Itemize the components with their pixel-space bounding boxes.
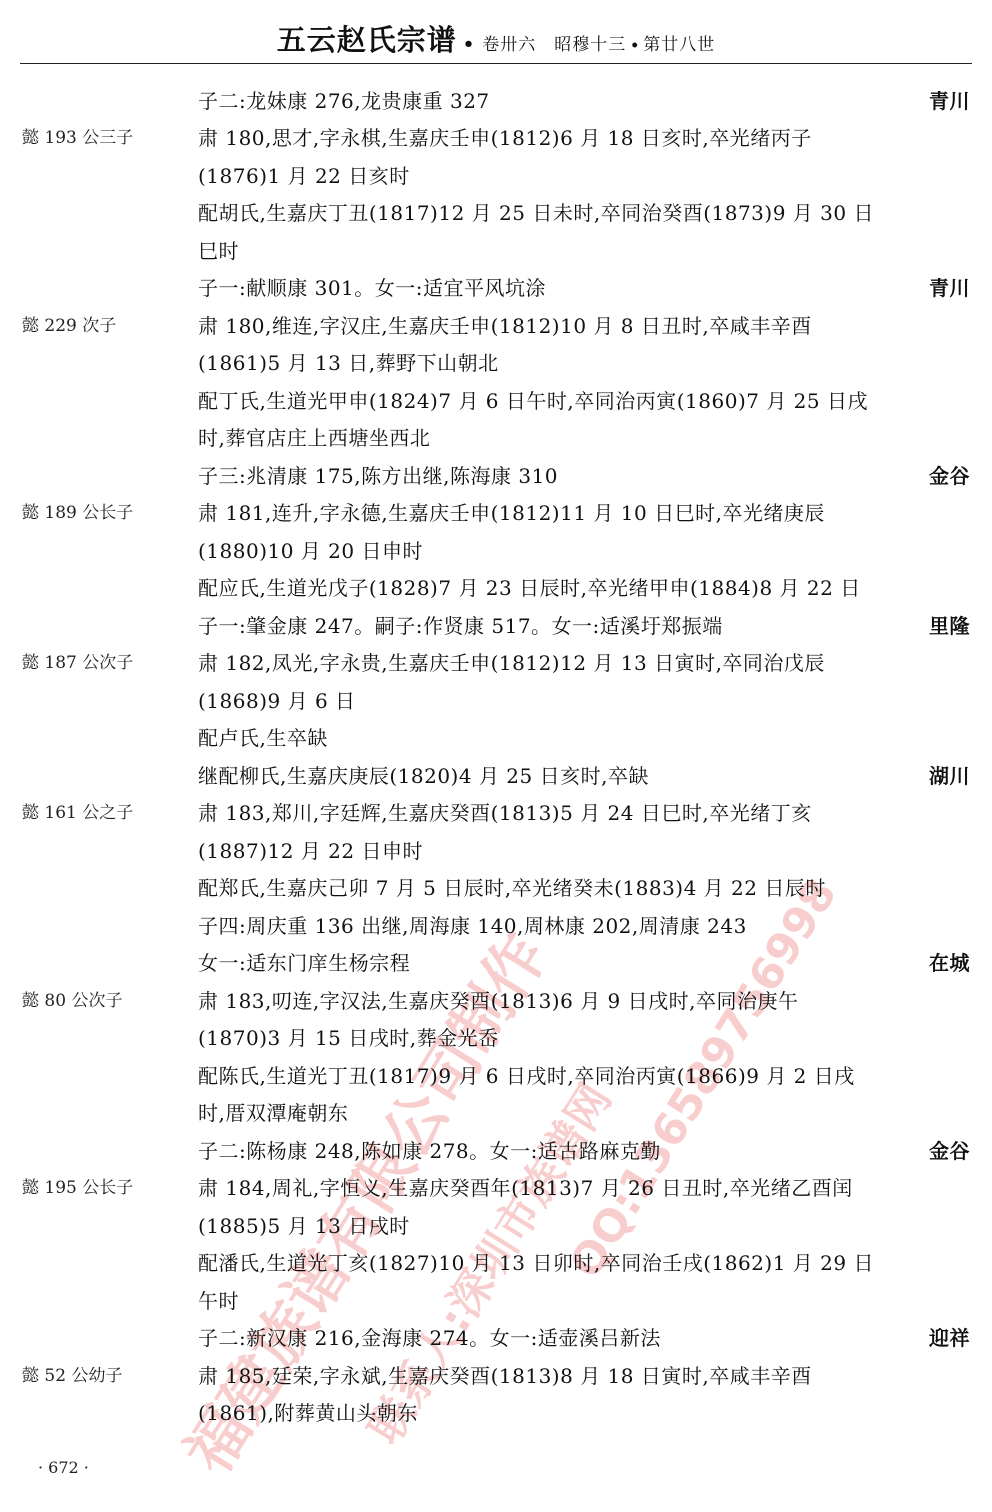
entry-text: 配潘氏,生道光丁亥(1827)10 月 13 日卯时,卒同治壬戌(1862)1 … [198,1251,874,1275]
entry-line: 配潘氏,生道光丁亥(1827)10 月 13 日卯时,卒同治壬戌(1862)1 … [198,1245,970,1282]
entry-line: 子四:周庆重 136 出继,周海康 140,周林康 202,周清康 243 [198,908,970,945]
entry-text: 子二:陈杨康 248,陈如康 278。女一:适古路麻克勤 [198,1139,661,1163]
entry-text: 肃 182,凤光,字永贵,生嘉庆壬申(1812)12 月 13 日寅时,卒同治戊… [198,651,825,675]
entry-text: 子一:肇金康 247。嗣子:作贤康 517。女一:适溪圩郑振端 [198,614,723,638]
entry-line: (1868)9 月 6 日 [198,683,970,720]
entry-line: 配应氏,生道光戊子(1828)7 月 23 日辰时,卒光绪甲申(1884)8 月… [198,570,970,607]
entry-line: (1870)3 月 15 日戌时,葬金光岙 [198,1020,970,1057]
lineage-label: 懿 195 公长子 [22,1170,133,1207]
entry-text: 子二:新汉康 216,金海康 274。女一:适壶溪吕新法 [198,1326,661,1350]
place-name: 青川 [929,270,970,307]
entry-text: 子四:周庆重 136 出继,周海康 140,周林康 202,周清康 243 [198,914,747,938]
entry-text: 配卢氏,生卒缺 [198,726,328,750]
entry-line: 继配柳氏,生嘉庆庚辰(1820)4 月 25 日亥时,卒缺湖川 [198,758,970,795]
entry-text: 配郑氏,生嘉庆己卯 7 月 5 日辰时,卒光绪癸未(1883)4 月 22 日辰… [198,876,826,900]
entry-line: (1861)5 月 13 日,葬野下山朝北 [198,345,970,382]
entry-text: 子二:龙妹康 276,龙贵康重 327 [198,89,490,113]
entry-line: (1887)12 月 22 日申时 [198,833,970,870]
branch-label: 昭穆十三 [554,35,626,55]
entry-text: 配丁氏,生道光甲申(1824)7 月 6 日午时,卒同治丙寅(1860)7 月 … [198,389,868,413]
place-name: 金谷 [929,458,970,495]
entry-line: (1880)10 月 20 日申时 [198,533,970,570]
lineage-label: 懿 193 公三子 [22,120,133,157]
entry-text: 肃 183,叨连,字汉法,生嘉庆癸酉(1813)6 月 9 日戌时,卒同治庚午 [198,989,799,1013]
entry-text: (1880)10 月 20 日申时 [198,539,423,563]
entry-line: 肃 181,连升,字永德,生嘉庆壬申(1812)11 月 10 日巳时,卒光绪庚… [198,495,970,532]
entry-text: 午时 [198,1289,239,1313]
separator-dot: • [463,34,475,55]
entry-line: 子二:陈杨康 248,陈如康 278。女一:适古路麻克勤金谷 [198,1133,970,1170]
entry-text: 继配柳氏,生嘉庆庚辰(1820)4 月 25 日亥时,卒缺 [198,764,649,788]
entry-line: 女一:适东门庠生杨宗程在城 [198,945,970,982]
lineage-label: 懿 187 公次子 [22,645,133,682]
entry-text: 肃 183,郑川,字廷辉,生嘉庆癸酉(1813)5 月 24 日巳时,卒光绪丁亥 [198,801,812,825]
entry-text: 肃 180,维连,字汉庄,生嘉庆壬申(1812)10 月 8 日丑时,卒咸丰辛酉 [198,314,812,338]
entry-text: (1876)1 月 22 日亥时 [198,164,410,188]
entry-text: 巳时 [198,239,239,263]
entry-line: 肃 182,凤光,字永贵,生嘉庆壬申(1812)12 月 13 日寅时,卒同治戊… [198,645,970,682]
entry-text: (1870)3 月 15 日戌时,葬金光岙 [198,1026,499,1050]
entry-line: 子二:龙妹康 276,龙贵康重 327青川 [198,83,970,120]
entry-text: 女一:适东门庠生杨宗程 [198,951,410,975]
entry-text: (1868)9 月 6 日 [198,689,356,713]
entry-text: 肃 185,廷荣,字永斌,生嘉庆癸酉(1813)8 月 18 日寅时,卒咸丰辛酉 [198,1364,812,1388]
place-name: 在城 [929,945,970,982]
place-name: 湖川 [929,758,970,795]
separator-dot: • [630,38,639,54]
entry-line: 巳时 [198,233,970,270]
entry-text: 肃 180,思才,字永棋,生嘉庆壬申(1812)6 月 18 日亥时,卒光绪丙子 [198,126,812,150]
page-header: 五云赵氏宗谱•卷卅六昭穆十三•第廿八世 [0,18,992,58]
entry-text: (1887)12 月 22 日申时 [198,839,423,863]
entry-text: 子三:兆清康 175,陈方出继,陈海康 310 [198,464,558,488]
entry-line: (1885)5 月 13 日戌时 [198,1208,970,1245]
entry-text: 时,葬官店庄上西塘坐西北 [198,426,430,450]
entry-line: (1861),附葬黄山头朝东 [198,1395,970,1432]
page-number: · 672 · [38,1458,89,1477]
place-name: 金谷 [929,1133,970,1170]
entry-line: 肃 183,叨连,字汉法,生嘉庆癸酉(1813)6 月 9 日戌时,卒同治庚午 [198,983,970,1020]
lineage-label: 懿 229 次子 [22,308,116,345]
entry-line: 子二:新汉康 216,金海康 274。女一:适壶溪吕新法迎祥 [198,1320,970,1357]
lineage-label: 懿 161 公之子 [22,795,133,832]
entry-line: 肃 184,周礼,字恒义,生嘉庆癸酉年(1813)7 月 26 日丑时,卒光绪乙… [198,1170,970,1207]
entry-text: 肃 184,周礼,字恒义,生嘉庆癸酉年(1813)7 月 26 日丑时,卒光绪乙… [198,1176,853,1200]
place-name: 青川 [929,83,970,120]
entry-text: (1861),附葬黄山头朝东 [198,1401,418,1425]
place-name: 里隆 [929,608,970,645]
entry-line: 午时 [198,1283,970,1320]
entry-text: 子一:献顺康 301。女一:适宜平风坑涂 [198,276,546,300]
entry-line: 子三:兆清康 175,陈方出继,陈海康 310金谷 [198,458,970,495]
entry-text: 肃 181,连升,字永德,生嘉庆壬申(1812)11 月 10 日巳时,卒光绪庚… [198,501,825,525]
entry-text: 配胡氏,生嘉庆丁丑(1817)12 月 25 日未时,卒同治癸酉(1873)9 … [198,201,874,225]
entry-text: (1885)5 月 13 日戌时 [198,1214,410,1238]
entry-text: 时,厝双潭庵朝东 [198,1101,348,1125]
entry-line: 时,厝双潭庵朝东 [198,1095,970,1132]
lineage-label: 懿 52 公幼子 [22,1358,122,1395]
entry-line: 肃 183,郑川,字廷辉,生嘉庆癸酉(1813)5 月 24 日巳时,卒光绪丁亥 [198,795,970,832]
entry-line: 时,葬官店庄上西塘坐西北 [198,420,970,457]
entry-line: 肃 180,维连,字汉庄,生嘉庆壬申(1812)10 月 8 日丑时,卒咸丰辛酉 [198,308,970,345]
entry-line: 配陈氏,生道光丁丑(1817)9 月 6 日戌时,卒同治丙寅(1866)9 月 … [198,1058,970,1095]
entry-text: (1861)5 月 13 日,葬野下山朝北 [198,351,499,375]
lineage-label: 懿 80 公次子 [22,983,122,1020]
volume-label: 卷卅六 [482,35,536,55]
entry-line: 子一:肇金康 247。嗣子:作贤康 517。女一:适溪圩郑振端里隆 [198,608,970,645]
entry-line: 配卢氏,生卒缺 [198,720,970,757]
entry-line: 肃 180,思才,字永棋,生嘉庆壬申(1812)6 月 18 日亥时,卒光绪丙子 [198,120,970,157]
entry-line: 配丁氏,生道光甲申(1824)7 月 6 日午时,卒同治丙寅(1860)7 月 … [198,383,970,420]
generation-label: 第廿八世 [643,35,715,55]
place-name: 迎祥 [929,1320,970,1357]
entry-line: 肃 185,廷荣,字永斌,生嘉庆癸酉(1813)8 月 18 日寅时,卒咸丰辛酉 [198,1358,970,1395]
entry-line: 子一:献顺康 301。女一:适宜平风坑涂青川 [198,270,970,307]
book-title: 五云赵氏宗谱 [277,23,457,57]
entry-text: 配应氏,生道光戊子(1828)7 月 23 日辰时,卒光绪甲申(1884)8 月… [198,576,861,600]
header-rule [20,63,972,64]
entry-line: 配胡氏,生嘉庆丁丑(1817)12 月 25 日未时,卒同治癸酉(1873)9 … [198,195,970,232]
lineage-label: 懿 189 公长子 [22,495,133,532]
entry-text: 配陈氏,生道光丁丑(1817)9 月 6 日戌时,卒同治丙寅(1866)9 月 … [198,1064,855,1088]
entry-line: (1876)1 月 22 日亥时 [198,158,970,195]
entry-line: 配郑氏,生嘉庆己卯 7 月 5 日辰时,卒光绪癸未(1883)4 月 22 日辰… [198,870,970,907]
